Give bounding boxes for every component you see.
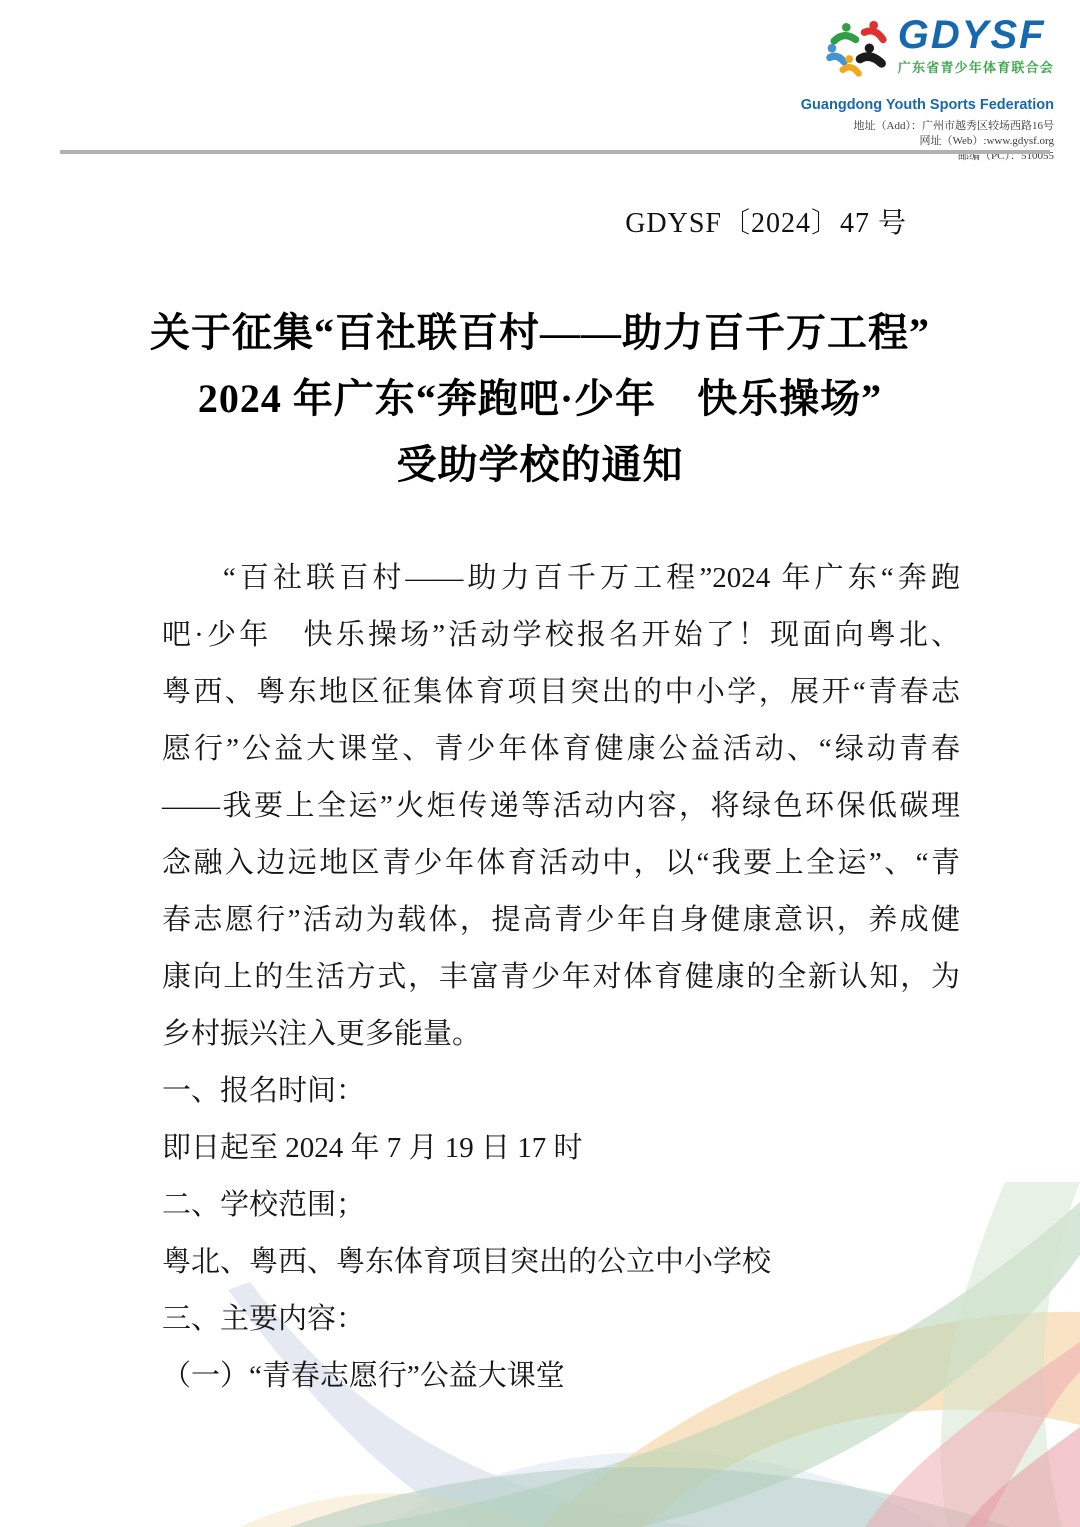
- contact-website: 网址（Web）:www.gdysf.org: [801, 134, 1054, 149]
- document-page: GDYSF 广东省青少年体育联合会 Guangdong Youth Sports…: [0, 0, 1080, 1527]
- notice-sections: 一、报名时间：即日起至 2024 年 7 月 19 日 17 时二、学校范围；粤…: [162, 1063, 960, 1405]
- intro-paragraph: “百社联百村——助力百千万工程”2024 年广东“奔跑吧·少年 快乐操场”活动学…: [162, 550, 960, 1063]
- jline: ——我要上全运”火炬传递等活动内容，将绿色环保低碳理: [162, 778, 960, 835]
- logo-acronym: GDYSF: [898, 14, 1046, 56]
- letterhead: GDYSF 广东省青少年体育联合会 Guangdong Youth Sports…: [801, 14, 1054, 164]
- jline: 康向上的生活方式，丰富青少年对体育健康的全新认知，为: [162, 949, 960, 1006]
- jline: 粤西、粤东地区征集体育项目突出的中小学，展开“青春志: [162, 664, 960, 721]
- header-divider: [60, 150, 1050, 154]
- document-body: “百社联百村——助力百千万工程”2024 年广东“奔跑吧·少年 快乐操场”活动学…: [162, 550, 960, 1405]
- lline: （一）“青春志愿行”公益大课堂: [162, 1348, 960, 1405]
- lline: 二、学校范围；: [162, 1177, 960, 1234]
- lline: 即日起至 2024 年 7 月 19 日 17 时: [162, 1120, 960, 1177]
- logo-name-en: Guangdong Youth Sports Federation: [801, 97, 1054, 113]
- logo-name-cn: 广东省青少年体育联合会: [898, 57, 1054, 76]
- lline: 一、报名时间：: [162, 1063, 960, 1120]
- document-title: 关于征集“百社联百村——助力百千万工程”2024 年广东“奔跑吧·少年 快乐操场…: [0, 300, 1080, 498]
- logo-text-column: GDYSF 广东省青少年体育联合会: [898, 14, 1054, 76]
- title-line: 2024 年广东“奔跑吧·少年 快乐操场”: [0, 366, 1080, 432]
- document-number: GDYSF〔2024〕47 号: [625, 201, 907, 241]
- jline: 乡村振兴注入更多能量。: [162, 1006, 960, 1063]
- title-line: 关于征集“百社联百村——助力百千万工程”: [0, 300, 1080, 366]
- gdysf-logo-icon: [824, 14, 896, 94]
- jline: 春志愿行”活动为载体，提高青少年自身健康意识，养成健: [162, 892, 960, 949]
- logo-block: GDYSF 广东省青少年体育联合会: [801, 14, 1054, 94]
- contact-info: 地址（Add）：广州市越秀区较场西路16号 网址（Web）:www.gdysf.…: [801, 119, 1054, 164]
- contact-address: 地址（Add）：广州市越秀区较场西路16号: [801, 119, 1054, 134]
- jline: “百社联百村——助力百千万工程”2024 年广东“奔跑: [162, 550, 960, 607]
- jline: 念融入边远地区青少年体育活动中，以“我要上全运”、“青: [162, 835, 960, 892]
- title-line: 受助学校的通知: [0, 432, 1080, 498]
- jline: 愿行”公益大课堂、青少年体育健康公益活动、“绿动青春: [162, 721, 960, 778]
- jline: 吧·少年 快乐操场”活动学校报名开始了！现面向粤北、: [162, 607, 960, 664]
- lline: 三、主要内容：: [162, 1291, 960, 1348]
- lline: 粤北、粤西、粤东体育项目突出的公立中小学校: [162, 1234, 960, 1291]
